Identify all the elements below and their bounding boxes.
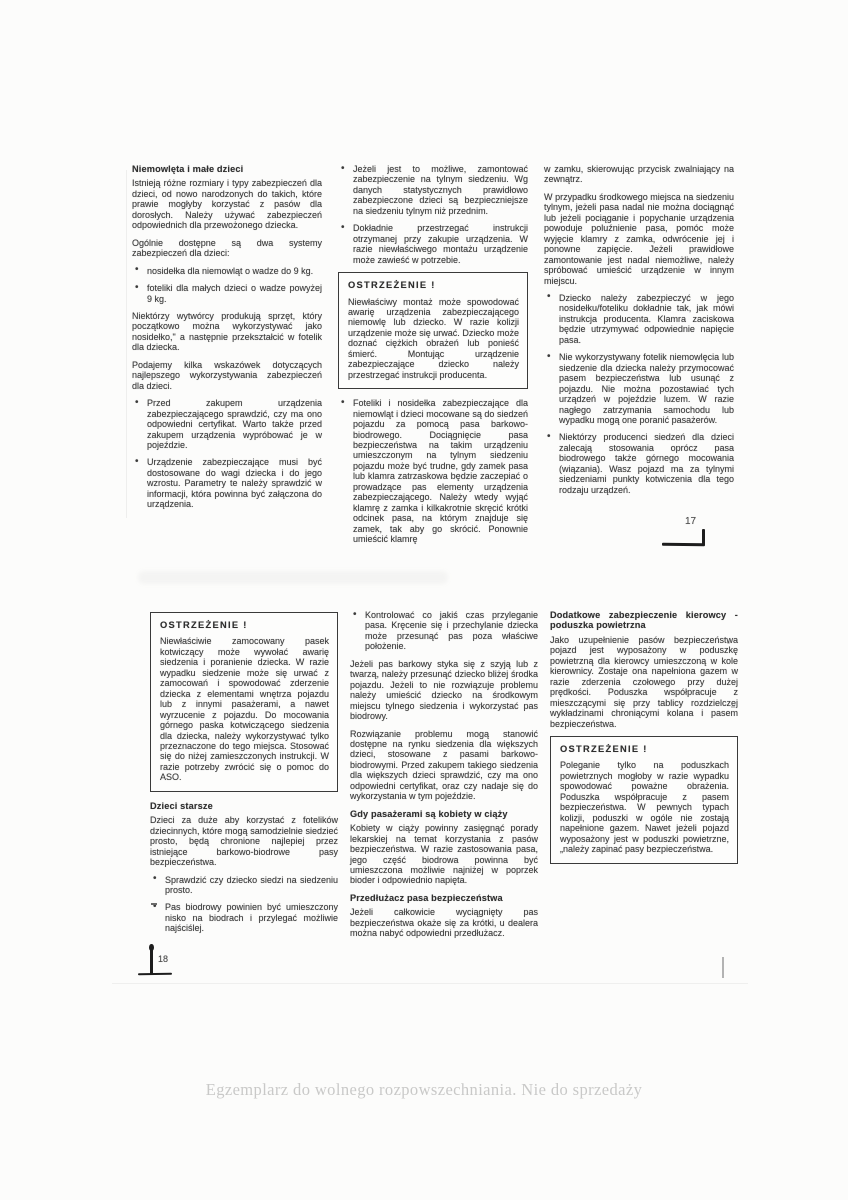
bullet-item: Pas biodrowy powinien być umieszczony ni… [150, 902, 338, 933]
bullet-text: Dokładnie przestrzegać instrukcji otrzym… [353, 223, 528, 264]
bullet-text: Urządzenie zabezpieczające musi być dost… [147, 457, 322, 509]
paragraph: Jako uzupełnienie pasów bezpieczeństwa p… [550, 635, 738, 729]
bullet-item: Foteliki i nosidełka zabezpieczające dla… [338, 398, 528, 544]
paragraph: Jeżeli całkowicie wyciągnięty pas bezpie… [350, 907, 538, 938]
warning-text: Poleganie tylko na poduszkach powietrzny… [560, 760, 729, 854]
corner-mark-page18 [149, 944, 154, 951]
page18-column-2: Kontrolować co jakiś czas przyleganie pa… [350, 610, 538, 946]
section-heading-airbag: Dodatkowe zabezpieczenie kierowcy - podu… [550, 610, 738, 631]
bullet-item: Jeżeli jest to możliwe, zamontować zabez… [338, 164, 528, 216]
paragraph: Podajemy kilka wskazówek dotyczących naj… [132, 360, 322, 391]
bullet-text: nosidełka dla niemowląt o wadze do 9 kg. [147, 266, 313, 276]
bullet-item: Sprawdzić czy dziecko siedzi na siedzeni… [150, 875, 338, 896]
scan-smudge-artifact [138, 571, 448, 584]
bullet-item: Urządzenie zabezpieczające musi być dost… [132, 457, 322, 509]
bullet-item: Dokładnie przestrzegać instrukcji otrzym… [338, 223, 528, 265]
paragraph: Dzieci za duże aby korzystać z fotelików… [150, 815, 338, 867]
section-heading-older-children: Dzieci starsze [150, 801, 338, 811]
section-heading-pregnant-passengers: Gdy pasażerami są kobiety w ciąży [350, 809, 538, 819]
warning-text: Niewłaściwie zamocowany pasek kotwiczący… [160, 636, 329, 782]
scanned-manual-sheet: Niemowlęta i małe dzieci Istnieją różne … [0, 0, 848, 1200]
corner-mark-page18 [150, 947, 153, 975]
bullet-text: Dziecko należy zabezpieczyć w jego nosid… [559, 293, 734, 345]
page18-column-1: OSTRZEŻENIE ! Niewłaściwie zamocowany pa… [150, 610, 338, 946]
paragraph: Rozwiązanie problemu mogą stanowić dostę… [350, 729, 538, 802]
bullet-item: nosidełka dla niemowląt o wadze do 9 kg. [132, 266, 322, 276]
page17-column-1: Niemowlęta i małe dzieci Istnieją różne … [132, 164, 322, 552]
page17-column-3: w zamku, skierowując przycisk zwalniając… [544, 164, 734, 552]
scan-speck-artifact [727, 641, 730, 644]
bullet-text: foteliki dla małych dzieci o wadze powyż… [147, 283, 322, 303]
distribution-watermark: Egzemplarz do wolnego rozpowszechniania.… [0, 1080, 848, 1100]
page18-column-3: Dodatkowe zabezpieczenie kierowcy - podu… [550, 610, 738, 946]
bullet-text: Jeżeli jest to możliwe, zamontować zabez… [353, 164, 528, 216]
page17-column-2: Jeżeli jest to możliwe, zamontować zabez… [338, 164, 528, 552]
page-number-17: 17 [685, 516, 696, 527]
bullet-item: Przed zakupem urządzenia zabezpieczające… [132, 398, 322, 450]
paragraph: Niektórzy wytwórcy produkują sprzęt, któ… [132, 311, 322, 353]
bullet-text: Niektórzy producenci siedzeń dla dzieci … [559, 432, 734, 494]
bullet-item: foteliki dla małych dzieci o wadze powyż… [132, 283, 322, 304]
scan-edge-artifact [112, 983, 748, 984]
corner-mark-page17 [702, 529, 705, 545]
bullet-text: Kontrolować co jakiś czas przyleganie pa… [365, 610, 538, 651]
scan-speck-artifact [731, 706, 735, 708]
section-heading-belt-extender: Przedłużacz pasa bezpieczeństwa [350, 893, 538, 903]
paragraph: Istnieją różne rozmiary i typy zabezpiec… [132, 178, 322, 230]
section-heading-infants: Niemowlęta i małe dzieci [132, 164, 322, 174]
warning-box: OSTRZEŻENIE ! Poleganie tylko na poduszk… [550, 736, 738, 864]
bullet-text: Przed zakupem urządzenia zabezpieczające… [147, 398, 322, 450]
bullet-text: Pas biodrowy powinien być umieszczony ni… [165, 902, 338, 933]
corner-mark-page18 [138, 973, 172, 976]
manual-page-18: OSTRZEŻENIE ! Niewłaściwie zamocowany pa… [150, 610, 740, 946]
warning-title: OSTRZEŻENIE ! [160, 620, 329, 630]
warning-box: OSTRZEŻENIE ! Niewłaściwy montaż może sp… [338, 272, 528, 389]
paragraph: Kobiety w ciąży powinny zasięgnąć porady… [350, 823, 538, 886]
scan-tick-artifact [722, 957, 724, 978]
paragraph: W przypadku środkowego miejsca na siedze… [544, 192, 734, 286]
warning-title: OSTRZEŻENIE ! [348, 280, 519, 290]
warning-box: OSTRZEŻENIE ! Niewłaściwie zamocowany pa… [150, 612, 338, 792]
manual-page-17: Niemowlęta i małe dzieci Istnieją różne … [132, 164, 736, 552]
bullet-item: Niektórzy producenci siedzeń dla dzieci … [544, 432, 734, 495]
bullet-text: Nie wykorzystywany fotelik niemowlęcia l… [559, 352, 734, 425]
bullet-item: Nie wykorzystywany fotelik niemowlęcia l… [544, 352, 734, 425]
bullet-item: Kontrolować co jakiś czas przyleganie pa… [350, 610, 538, 652]
bullet-text: Sprawdzić czy dziecko siedzi na siedzeni… [165, 875, 338, 895]
bullet-text: Foteliki i nosidełka zabezpieczające dla… [353, 398, 528, 544]
warning-title: OSTRZEŻENIE ! [560, 744, 729, 754]
scan-edge-artifact [126, 170, 127, 518]
paragraph: w zamku, skierowując przycisk zwalniając… [544, 164, 734, 185]
page-number-18: 18 [158, 954, 168, 964]
paragraph: Jeżeli pas barkowy styka się z szyją lub… [350, 659, 538, 722]
warning-text: Niewłaściwy montaż może spowodować awari… [348, 297, 519, 381]
corner-mark-page17 [662, 543, 705, 546]
scan-dash-artifact [151, 903, 157, 905]
bullet-item: Dziecko należy zabezpieczyć w jego nosid… [544, 293, 734, 345]
paragraph: Ogólnie dostępne są dwa systemy zabezpie… [132, 238, 322, 259]
